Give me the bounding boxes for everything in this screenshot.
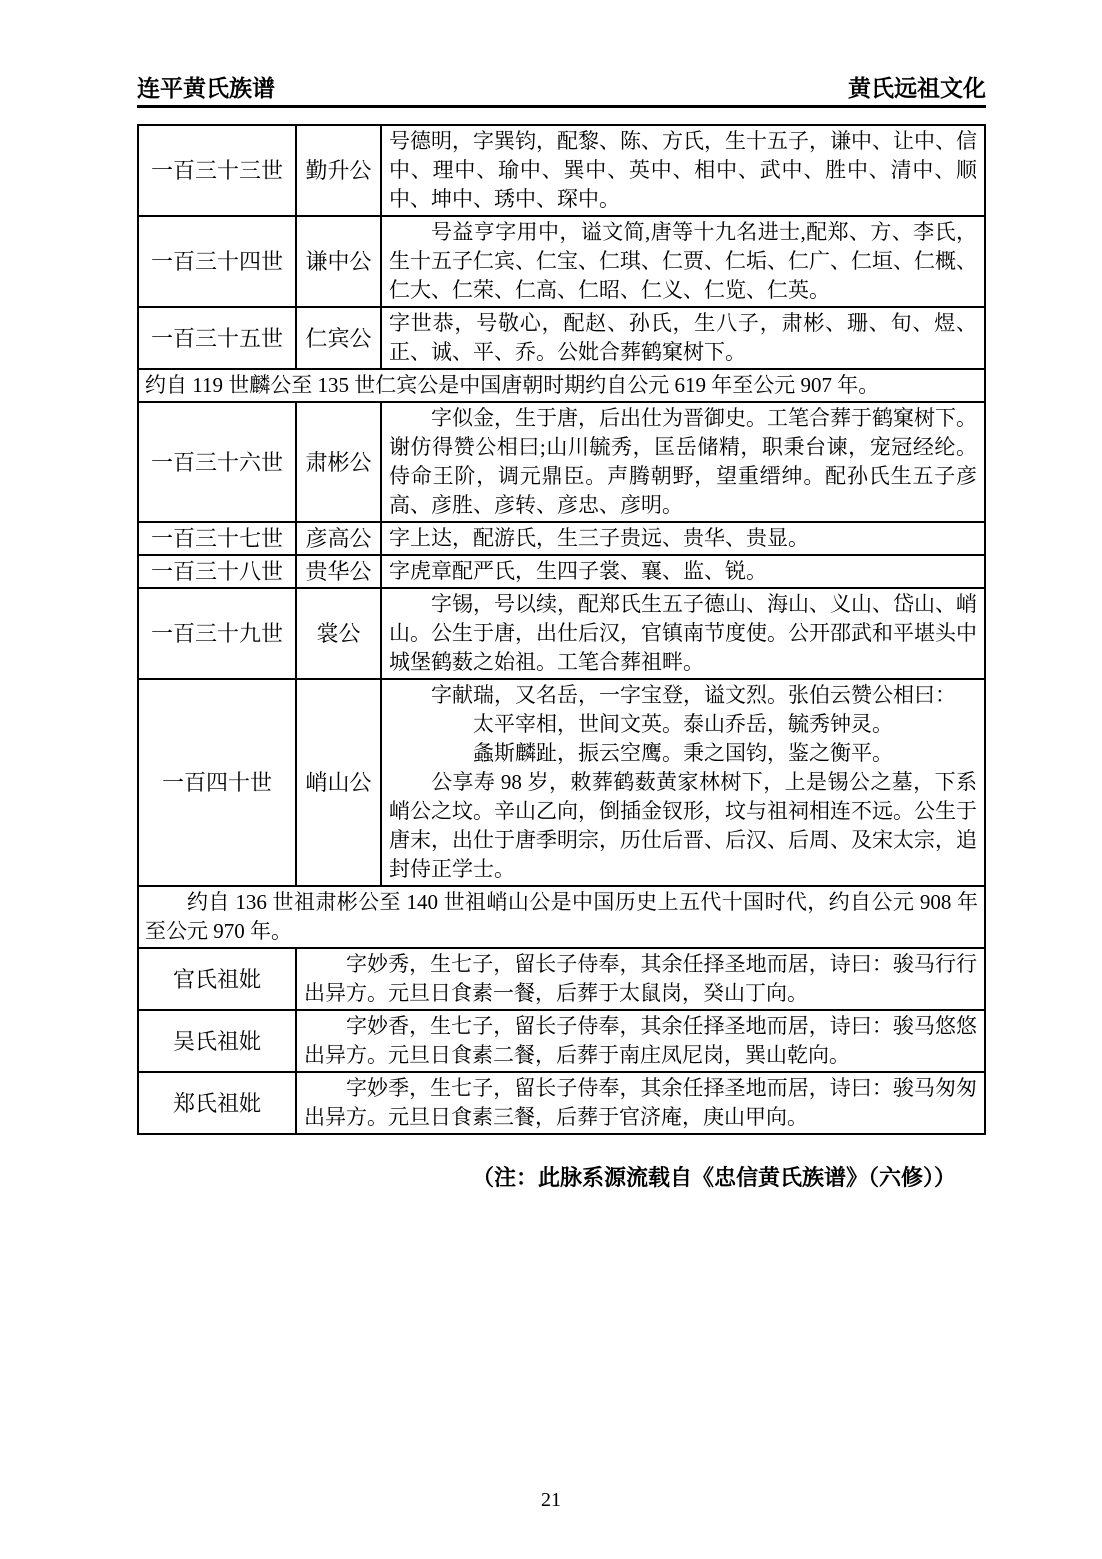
table-row: 一百三十四世 谦中公 号益亨字用中，谥文简,唐等十九名进士,配郑、方、李氏，生十… bbox=[139, 217, 984, 308]
ancestor-name-cell: 裳公 bbox=[297, 589, 382, 678]
ancestor-name-cell: 贵华公 bbox=[297, 556, 382, 587]
description-text: 字世恭，号敬心，配赵、孙氏，生八子，肃彬、珊、旬、煜、正、诚、平、乔。公妣合葬鹤… bbox=[389, 309, 977, 367]
generation-cell: 一百三十六世 bbox=[139, 403, 297, 521]
description-cell: 字锡，号以续，配郑氏生五子德山、海山、义山、岱山、峭山。公生于唐，出仕后汉，官镇… bbox=[382, 589, 984, 678]
description-cell: 字上达，配游氏，生三子贵远、贵华、贵显。 bbox=[382, 523, 984, 554]
table-row: 一百三十八世 贵华公 字虎章配严氏，生四子裳、襄、监、锐。 bbox=[139, 556, 984, 589]
generation-cell: 一百四十世 bbox=[139, 680, 297, 885]
era-note-row: 约自 136 世祖肃彬公至 140 世祖峭山公是中国历史上五代十国时代，约自公元… bbox=[139, 887, 984, 949]
description-body: 公享寿 98 岁，敕葬鹤薮黄家林树下，上是锡公之墓，下系峭公之坟。辛山乙向，倒插… bbox=[389, 768, 977, 884]
description-cell: 字妙季，生七子，留长子侍奉，其余任择圣地而居，诗曰：骏马匆匆出异方。元旦日食素三… bbox=[297, 1073, 984, 1133]
description-intro: 字献瑞，又名岳，一字宝登，谥文烈。张伯云赞公相曰： bbox=[389, 681, 977, 710]
table-row: 一百三十六世 肃彬公 字似金，生于唐，后出仕为晋御史。工笔合葬于鹤窠树下。谢仿得… bbox=[139, 403, 984, 523]
document-page: 连平黄氏族谱 黄氏远祖文化 一百三十三世 勤升公 号德明，字巽钧，配黎、陈、方氏… bbox=[0, 0, 1102, 1559]
ancestor-name-cell: 谦中公 bbox=[297, 217, 382, 306]
header-left-title: 连平黄氏族谱 bbox=[137, 76, 275, 102]
era-note-text: 约自 119 世麟公至 135 世仁宾公是中国唐朝时期约自公元 619 年至公元… bbox=[139, 370, 984, 401]
generation-cell: 一百三十九世 bbox=[139, 589, 297, 678]
ancestor-name-cell: 肃彬公 bbox=[297, 403, 382, 521]
consort-title-cell: 吴氏祖妣 bbox=[139, 1011, 297, 1071]
generation-cell: 一百三十三世 bbox=[139, 126, 297, 215]
page-content: 连平黄氏族谱 黄氏远祖文化 一百三十三世 勤升公 号德明，字巽钧，配黎、陈、方氏… bbox=[137, 76, 986, 1193]
ancestor-name-cell: 勤升公 bbox=[297, 126, 382, 215]
era-note-text: 约自 136 世祖肃彬公至 140 世祖峭山公是中国历史上五代十国时代，约自公元… bbox=[139, 887, 984, 947]
description-cell: 字妙香，生七子，留长子侍奉，其余任择圣地而居，诗曰：骏马悠悠出异方。元旦日食素二… bbox=[297, 1011, 984, 1071]
table-row: 吴氏祖妣 字妙香，生七子，留长子侍奉，其余任择圣地而居，诗曰：骏马悠悠出异方。元… bbox=[139, 1011, 984, 1073]
description-text: 号德明，字巽钧，配黎、陈、方氏，生十五子，谦中、让中、信中、理中、瑜中、巽中、英… bbox=[389, 127, 977, 214]
description-cell: 字似金，生于唐，后出仕为晋御史。工笔合葬于鹤窠树下。谢仿得赞公相曰;山川毓秀，匡… bbox=[382, 403, 984, 521]
description-text: 字锡，号以续，配郑氏生五子德山、海山、义山、岱山、峭山。公生于唐，出仕后汉，官镇… bbox=[389, 590, 977, 677]
page-number: 21 bbox=[0, 1489, 1102, 1512]
table-row: 郑氏祖妣 字妙季，生七子，留长子侍奉，其余任择圣地而居，诗曰：骏马匆匆出异方。元… bbox=[139, 1073, 984, 1133]
description-cell: 字世恭，号敬心，配赵、孙氏，生八子，肃彬、珊、旬、煜、正、诚、平、乔。公妣合葬鹤… bbox=[382, 308, 984, 368]
ancestor-name-cell: 峭山公 bbox=[297, 680, 382, 885]
description-text: 字妙香，生七子，留长子侍奉，其余任择圣地而居，诗曰：骏马悠悠出异方。元旦日食素二… bbox=[304, 1012, 977, 1070]
ancestor-name-cell: 仁宾公 bbox=[297, 308, 382, 368]
description-cell: 字虎章配严氏，生四子裳、襄、监、锐。 bbox=[382, 556, 984, 587]
consort-title-cell: 官氏祖妣 bbox=[139, 949, 297, 1009]
source-footnote: （注：此脉系源流载自《忠信黄氏族谱》（六修）） bbox=[137, 1163, 986, 1193]
genealogy-table: 一百三十三世 勤升公 号德明，字巽钧，配黎、陈、方氏，生十五子，谦中、让中、信中… bbox=[137, 124, 986, 1135]
description-text: 字似金，生于唐，后出仕为晋御史。工笔合葬于鹤窠树下。谢仿得赞公相曰;山川毓秀，匡… bbox=[389, 404, 977, 520]
description-text: 字妙季，生七子，留长子侍奉，其余任择圣地而居，诗曰：骏马匆匆出异方。元旦日食素三… bbox=[304, 1074, 977, 1132]
table-row: 一百四十世 峭山公 字献瑞，又名岳，一字宝登，谥文烈。张伯云赞公相曰： 太平宰相… bbox=[139, 680, 984, 887]
description-cell: 号益亨字用中，谥文简,唐等十九名进士,配郑、方、李氏，生十五子仁宾、仁宝、仁琪、… bbox=[382, 217, 984, 306]
page-header: 连平黄氏族谱 黄氏远祖文化 bbox=[137, 76, 986, 108]
description-text: 号益亨字用中，谥文简,唐等十九名进士,配郑、方、李氏，生十五子仁宾、仁宝、仁琪、… bbox=[389, 218, 977, 305]
generation-cell: 一百三十八世 bbox=[139, 556, 297, 587]
eulogy-poem-line: 太平宰相，世间文英。泰山乔岳，毓秀钟灵。 bbox=[389, 710, 977, 739]
description-text: 字妙秀，生七子，留长子侍奉，其余任择圣地而居，诗曰：骏马行行出异方。元旦日食素一… bbox=[304, 950, 977, 1008]
table-row: 一百三十九世 裳公 字锡，号以续，配郑氏生五子德山、海山、义山、岱山、峭山。公生… bbox=[139, 589, 984, 680]
description-cell: 字献瑞，又名岳，一字宝登，谥文烈。张伯云赞公相曰： 太平宰相，世间文英。泰山乔岳… bbox=[382, 680, 984, 885]
description-cell: 字妙秀，生七子，留长子侍奉，其余任择圣地而居，诗曰：骏马行行出异方。元旦日食素一… bbox=[297, 949, 984, 1009]
table-row: 一百三十三世 勤升公 号德明，字巽钧，配黎、陈、方氏，生十五子，谦中、让中、信中… bbox=[139, 126, 984, 217]
generation-cell: 一百三十五世 bbox=[139, 308, 297, 368]
description-text: 字上达，配游氏，生三子贵远、贵华、贵显。 bbox=[389, 524, 977, 553]
table-row: 一百三十五世 仁宾公 字世恭，号敬心，配赵、孙氏，生八子，肃彬、珊、旬、煜、正、… bbox=[139, 308, 984, 370]
description-text: 字虎章配严氏，生四子裳、襄、监、锐。 bbox=[389, 557, 977, 586]
ancestor-name-cell: 彦高公 bbox=[297, 523, 382, 554]
table-row: 官氏祖妣 字妙秀，生七子，留长子侍奉，其余任择圣地而居，诗曰：骏马行行出异方。元… bbox=[139, 949, 984, 1011]
description-cell: 号德明，字巽钧，配黎、陈、方氏，生十五子，谦中、让中、信中、理中、瑜中、巽中、英… bbox=[382, 126, 984, 215]
eulogy-poem-line: 螽斯麟趾，振云空鹰。秉之国钧，鉴之衡平。 bbox=[389, 739, 977, 768]
generation-cell: 一百三十七世 bbox=[139, 523, 297, 554]
header-right-title: 黄氏远祖文化 bbox=[848, 76, 986, 102]
generation-cell: 一百三十四世 bbox=[139, 217, 297, 306]
era-note-row: 约自 119 世麟公至 135 世仁宾公是中国唐朝时期约自公元 619 年至公元… bbox=[139, 370, 984, 403]
table-row: 一百三十七世 彦高公 字上达，配游氏，生三子贵远、贵华、贵显。 bbox=[139, 523, 984, 556]
consort-title-cell: 郑氏祖妣 bbox=[139, 1073, 297, 1133]
